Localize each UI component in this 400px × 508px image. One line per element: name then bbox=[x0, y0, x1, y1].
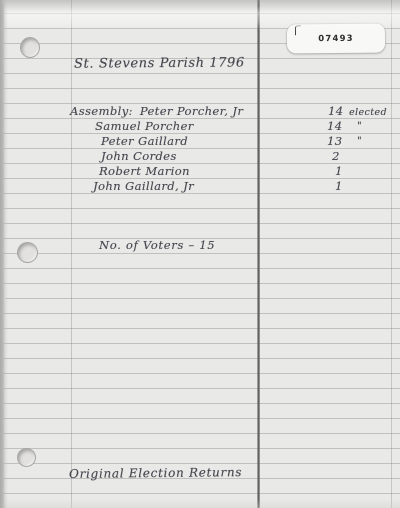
vote-count: 1 bbox=[335, 164, 343, 178]
label-tick-mark bbox=[295, 25, 301, 35]
candidate-name: Samuel Porcher bbox=[95, 119, 194, 133]
vote-count: 13 bbox=[327, 134, 342, 148]
vote-count: 1 bbox=[335, 179, 343, 193]
candidate-name: Peter Gaillard bbox=[101, 134, 188, 148]
candidate-name: Peter Porcher, Jr bbox=[140, 104, 243, 118]
candidate-row: Assembly:Peter Porcher, Jr bbox=[70, 104, 243, 118]
catalog-label: 07493 bbox=[287, 23, 385, 53]
vote-note-elected: elected bbox=[349, 107, 387, 118]
ditto-mark: " bbox=[357, 121, 362, 132]
punch-hole-bottom bbox=[17, 448, 36, 467]
ruled-lines bbox=[0, 0, 400, 508]
catalog-number: 07493 bbox=[318, 33, 354, 43]
right-edge-rule bbox=[391, 0, 392, 508]
scanned-document-page: 07493 St. Stevens Parish 1796 Assembly:P… bbox=[0, 0, 400, 508]
left-margin-rule bbox=[71, 0, 72, 508]
vote-count: 2 bbox=[332, 149, 340, 163]
vote-count: 14 bbox=[327, 119, 342, 133]
punch-hole-middle bbox=[17, 242, 38, 263]
center-divider-rule bbox=[257, 0, 260, 508]
candidate-name: John Cordes bbox=[101, 149, 177, 163]
footer-note: Original Election Returns bbox=[69, 465, 242, 481]
ditto-mark: " bbox=[357, 136, 362, 147]
page-title: St. Stevens Parish 1796 bbox=[74, 55, 245, 71]
punch-hole-top bbox=[20, 37, 40, 58]
vote-count: 14 bbox=[328, 104, 343, 118]
scan-edge-notch bbox=[0, 297, 6, 313]
candidate-name: John Gaillard, Jr bbox=[93, 179, 194, 193]
voters-count-line: No. of Voters – 15 bbox=[99, 238, 215, 252]
candidate-name: Robert Marion bbox=[99, 164, 190, 178]
assembly-label: Assembly: bbox=[70, 104, 133, 118]
